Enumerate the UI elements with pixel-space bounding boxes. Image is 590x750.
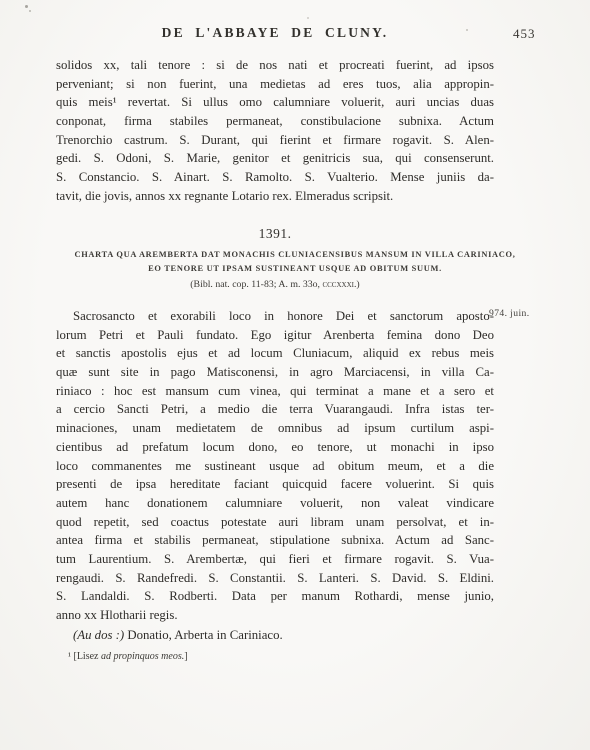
page-header: DE L'ABBAYE DE CLUNY. 453 (56, 25, 494, 41)
running-title: DE L'ABBAYE DE CLUNY. (56, 25, 494, 41)
text-line: gedi. S. Odoni, S. Marie, genitor et gen… (56, 149, 494, 168)
charter-number: 1391. (56, 226, 494, 242)
text-line: cientibus ad prefatum locum dono, eo ten… (56, 438, 494, 457)
text-segment: ¹ [Lisez (68, 651, 101, 662)
text-line: quæ sunt site in pago Matisconensi, in a… (56, 363, 494, 382)
charter-heading-line-2: EO TENORE UT IPSAM SUSTINEANT USQUE AD O… (0, 264, 590, 273)
text-line: tavit, die jovis, annos xx regnante Lota… (56, 187, 494, 206)
charter-heading-line-1: CHARTA QUA AREMBERTA DAT MONACHIS CLUNIA… (0, 250, 590, 259)
text-segment: ad propinquos meos. (101, 651, 184, 662)
margin-date-note: 974. juin. (489, 308, 530, 319)
text-line: perveniant; si non fuerint, una medietas… (56, 75, 494, 94)
text-line: rengaudi. S. Randefredi. S. Constantii. … (56, 569, 494, 588)
text-segment: Donatio, Arberta in Cariniaco. (124, 628, 283, 642)
text-line: solidos xx, tali tenore : si de nos nati… (56, 56, 494, 75)
text-line: conponat, firma stabiles permaneat, cons… (56, 112, 494, 131)
text-segment: (Au dos :) (73, 628, 124, 642)
text-segment: ] (184, 651, 187, 662)
text-segment: (Bibl. nat. cop. 11-83; A. m. 33o, (190, 279, 322, 290)
text-line: anno xx Hlotharii regis. (56, 606, 494, 625)
scan-artifact (307, 17, 309, 19)
scanned-book-page: { "colors": { "paper": "#f6f5f2", "ink":… (0, 0, 590, 750)
page-number: 453 (513, 26, 536, 42)
endorsement-line: (Au dos :) Donatio, Arberta in Cariniaco… (56, 626, 494, 645)
text-line: S. Landaldi. S. Rodberti. Data per manum… (56, 587, 494, 606)
text-line: autem hanc donationem calumniare volueri… (56, 494, 494, 513)
text-line: et sanctis apostolis ejus et ad locum Cl… (56, 344, 494, 363)
source-citation: (Bibl. nat. cop. 11-83; A. m. 33o, cccxx… (56, 279, 494, 290)
text-line: loco commanentes me sustineant usque ad … (56, 457, 494, 476)
text-line: Trenorchio castrum. S. Durant, qui fieri… (56, 131, 494, 150)
paragraph-continuation: solidos xx, tali tenore : si de nos nati… (56, 56, 494, 206)
footnote: ¹ [Lisez ad propinquos meos.] (68, 651, 488, 662)
text-segment: cccxxxi (322, 279, 354, 290)
text-line: S. Constancio. S. Ainart. S. Ramolto. S.… (56, 168, 494, 187)
text-line: riniaco : hoc est mansum cum vinea, qui … (56, 382, 494, 401)
text-line: tum Laurentium. S. Arembertæ, qui fieri … (56, 550, 494, 569)
text-line: antea firma et stabilis permaneat, stipu… (56, 531, 494, 550)
text-segment: .) (354, 279, 360, 290)
scan-artifact (29, 10, 31, 12)
scan-artifact (25, 5, 28, 8)
text-line: a cercio Sancti Petri, a medio die terra… (56, 400, 494, 419)
charter-body: Sacrosancto et exorabili loco in honore … (56, 307, 494, 625)
text-line: lorum Petri et Pauli fundato. Ego igitur… (56, 326, 494, 345)
text-line: presenti de ipsa hereditate faciant quic… (56, 475, 494, 494)
text-line: quod repetit, sed coactus potestate auri… (56, 513, 494, 532)
text-line: Sacrosancto et exorabili loco in honore … (56, 307, 494, 326)
text-line: quis meis¹ revertat. Si ullus omo calumn… (56, 93, 494, 112)
text-line: minaciones, unam medietatem de omnibus a… (56, 419, 494, 438)
